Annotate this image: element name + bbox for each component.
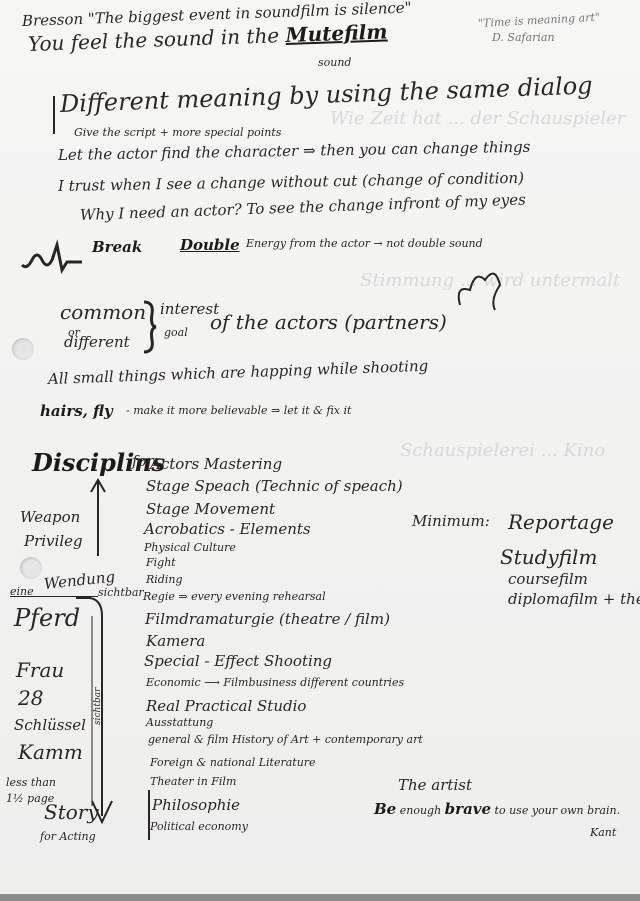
double-word: Double: [180, 236, 240, 254]
minimum-item: Reportage: [508, 510, 614, 534]
margin-line: [53, 96, 55, 134]
wendung-word: Pferd: [14, 604, 80, 632]
be-word: Be: [374, 800, 396, 818]
common-word: common: [60, 300, 146, 324]
ghost-text: Wie Zeit hat ... der Schauspieler: [330, 108, 625, 129]
discipline-item: Kamera: [146, 632, 205, 650]
discipline-item: Acrobatics - Elements: [144, 520, 311, 538]
sound-subscript: sound: [318, 56, 351, 69]
philosophy-bracket: [148, 790, 150, 840]
discipline-item: Theater in Film: [150, 775, 236, 788]
for-acting: for Acting: [40, 830, 96, 843]
arrow-label: sichtbar: [93, 688, 103, 725]
kant-rest: to use your own brain.: [495, 804, 621, 817]
actors-partners: of the actors (partners): [210, 310, 447, 334]
scribble-waveform-icon: [22, 240, 82, 280]
discipline-item: Stage Speach (Technic of speach): [146, 477, 403, 495]
up-arrow-icon: [88, 478, 108, 558]
discipline-item: Ausstattung: [146, 716, 213, 729]
weapon-word: Weapon: [20, 508, 80, 526]
different-word: different: [64, 333, 130, 351]
minimum-item: coursefilm: [508, 570, 588, 588]
punch-hole: [20, 557, 42, 579]
ghost-text: Schauspielerei ... Kino: [400, 440, 605, 461]
kant-author: Kant: [590, 826, 616, 839]
side-quote-author: D. Safarian: [492, 31, 555, 44]
discipline-item: Filmdramaturgie (theatre / film): [145, 610, 390, 628]
page-bottom-edge: [0, 894, 640, 901]
goal-word: goal: [164, 326, 188, 339]
section1-line-2: I trust when I see a change without cut …: [58, 169, 524, 195]
discipline-item: Real Practical Studio: [146, 697, 306, 715]
hairs-fly: hairs, fly: [40, 402, 113, 420]
minimum-item: Studyfilm: [500, 545, 597, 569]
story-word: Story: [44, 800, 99, 824]
discipline-item: Economic ⟶ Filmbusiness different countr…: [146, 676, 404, 689]
mutefilm-word: Mutefilm: [285, 19, 388, 47]
discipline-item: Special - Effect Shooting: [144, 652, 332, 670]
privileg-word: Privileg: [24, 532, 83, 550]
brave-word: brave: [445, 800, 491, 818]
section1-line-1: Let the actor find the character ⇒ then …: [58, 138, 531, 164]
break-word: Break: [92, 238, 142, 256]
enough-word: enough: [400, 804, 441, 817]
discipline-item: Actors Mastering: [150, 455, 282, 473]
punch-hole: [12, 338, 34, 360]
curly-brace-icon: [142, 302, 156, 352]
give-script-note: Give the script + more special points: [74, 126, 281, 139]
discipline-item: Political economy: [150, 820, 248, 833]
believable-line: - make it more believable ⇒ let it & fix…: [126, 404, 351, 417]
kant-quote: Be enough brave to use your own brain.: [374, 800, 620, 818]
swirl-doodle-icon: [455, 265, 505, 315]
discipline-item: Riding: [146, 573, 183, 586]
discipline-item: Physical Culture: [144, 541, 236, 554]
notebook-page: Wie Zeit hat ... der Schauspieler Stimmu…: [0, 0, 640, 894]
discipline-item: general & film History of Art + contempo…: [148, 733, 423, 746]
wendung-word: Frau: [16, 658, 64, 682]
wendung-word: Schlüssel: [14, 716, 86, 734]
side-quote: "Time is meaning art": [478, 11, 601, 30]
small-things-line: All small things which are happing while…: [48, 357, 429, 388]
energy-line: Energy from the actor → not double sound: [246, 237, 483, 250]
discipline-item: Fight: [146, 556, 176, 569]
discipline-item: Foreign & national Literature: [150, 756, 316, 769]
section1-line-3: Why I need an actor? To see the change i…: [80, 190, 526, 224]
wendung-word: Kamm: [18, 740, 83, 764]
discipline-item: Stage Movement: [146, 500, 275, 518]
less-than: less than: [6, 776, 56, 789]
artist-title: The artist: [398, 776, 472, 794]
minimum-label: Minimum:: [412, 512, 490, 530]
discipline-item: Philosophie: [152, 796, 240, 814]
discipline-item: Regie ⇒ every evening rehearsal: [143, 590, 326, 603]
minimum-item: diplomafilm + thesis: [508, 590, 640, 608]
wendung-word: 28: [18, 686, 43, 710]
